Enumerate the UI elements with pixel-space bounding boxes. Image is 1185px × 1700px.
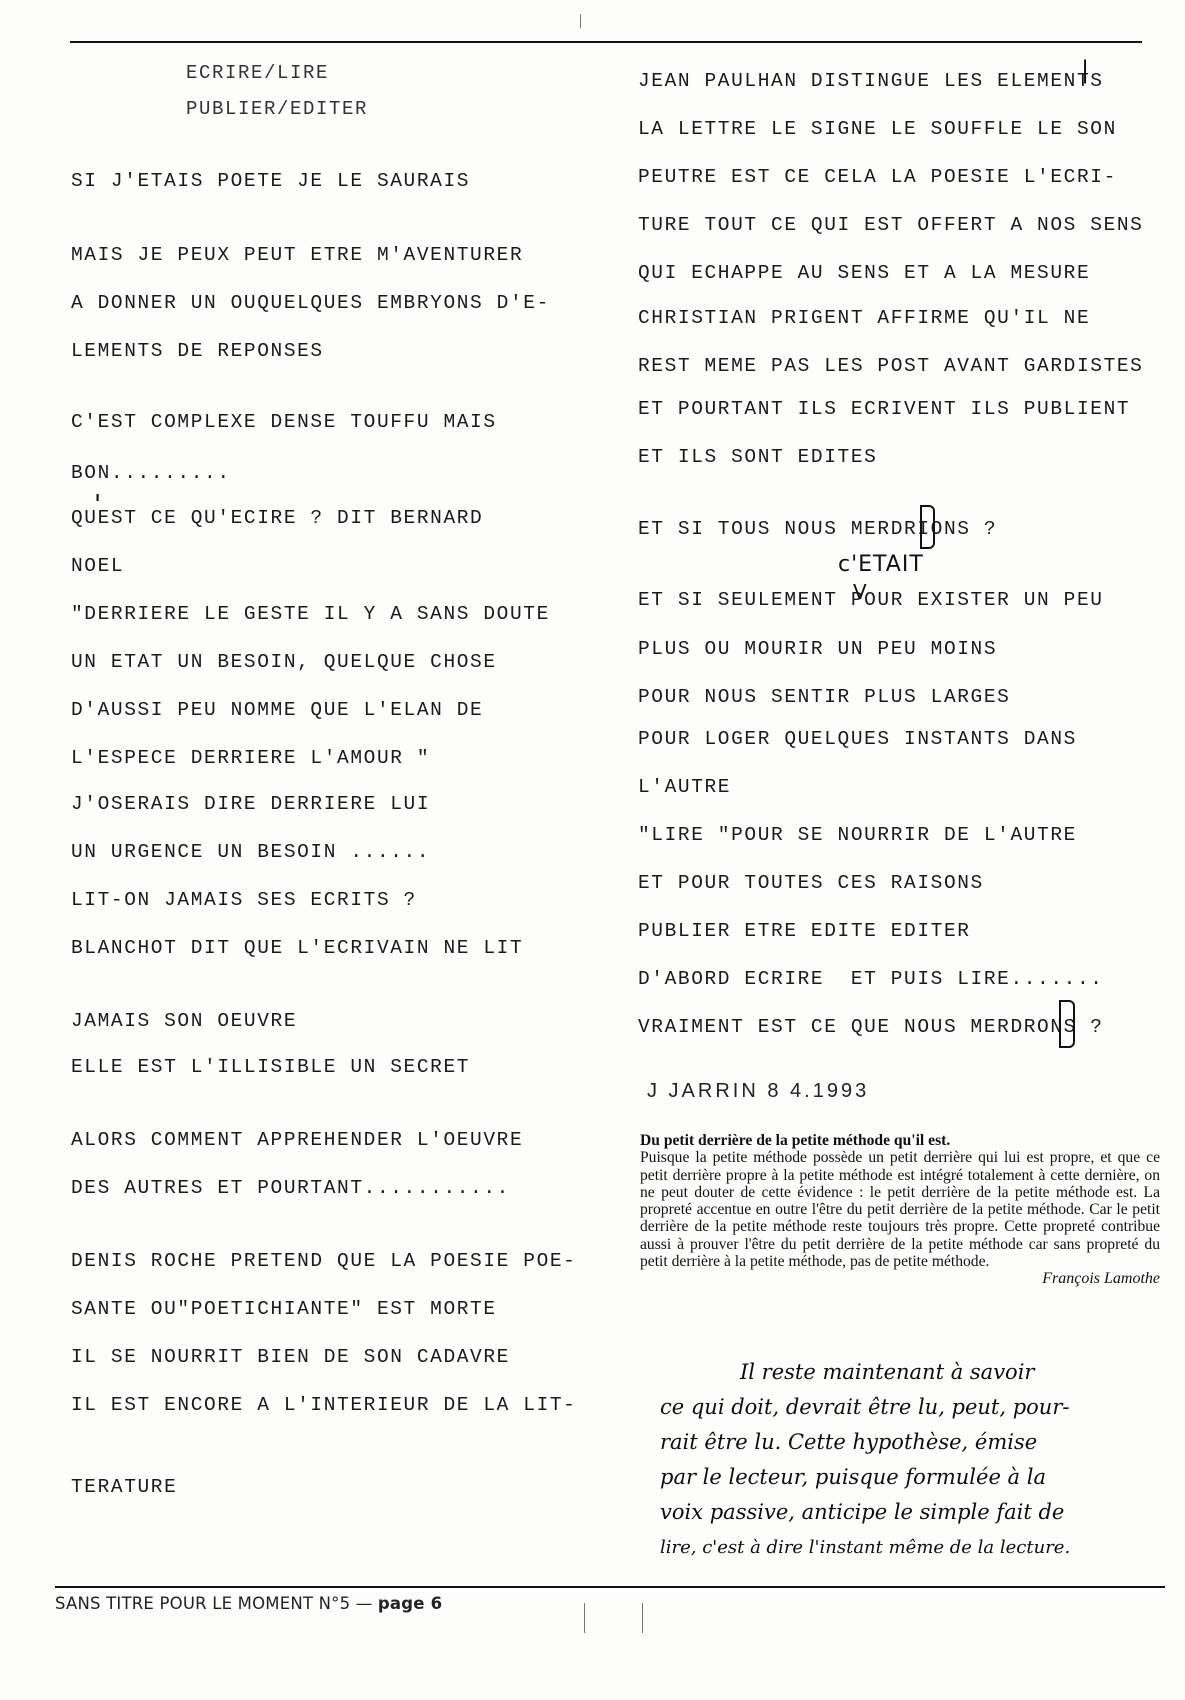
left-text-column: SI J'ETAIS POETE JE LE SAURAIS MAIS JE P… xyxy=(71,0,98,572)
text-line: JAMAIS SON OEUVRE xyxy=(71,1010,297,1032)
text-line: POUR LOGER QUELQUES INSTANTS DANS xyxy=(638,728,1077,750)
text-line: SI J'ETAIS POETE JE LE SAURAIS xyxy=(71,170,470,192)
text-line: "DERRIERE LE GESTE IL Y A SANS DOUTE xyxy=(71,603,550,625)
text-line: ET POUR TOUTES CES RAISONS xyxy=(638,872,984,894)
right-text-column: JEAN PAULHAN DISTINGUE LES ELEMENTS LA L… xyxy=(638,0,665,462)
text-line: D'AUSSI PEU NOMME QUE L'ELAN DE xyxy=(71,699,483,721)
text-line: QUI ECHAPPE AU SENS ET A LA MESURE xyxy=(638,262,1090,284)
bottom-rule xyxy=(55,1586,1165,1588)
text-line: JEAN PAULHAN DISTINGUE LES ELEMENTS xyxy=(638,70,1104,92)
text-line: D'ABORD ECRIRE ET PUIS LIRE....... xyxy=(638,968,1104,990)
text-line: TURE TOUT CE QUI EST OFFERT A NOS SENS xyxy=(638,214,1143,236)
text-line: PEUTRE EST CE CELA LA POESIE L'ECRI- xyxy=(638,166,1117,188)
text-line: A DONNER UN OUQUELQUES EMBRYONS D'E- xyxy=(71,292,550,314)
apostrophe-correction-mark: ' xyxy=(94,490,101,520)
text-line: POUR NOUS SENTIR PLUS LARGES xyxy=(638,686,1010,708)
text-line: L'ESPECE DERRIERE L'AMOUR " xyxy=(71,747,430,769)
inset-body: Puisque la petite méthode possède un pet… xyxy=(640,1149,1160,1270)
text-line: ELLE EST L'ILLISIBLE UN SECRET xyxy=(71,1056,470,1078)
text-line: LIT-ON JAMAIS SES ECRITS ? xyxy=(71,889,417,911)
text-line: SANTE OU"POETICHIANTE" EST MORTE xyxy=(71,1298,497,1320)
insertion-caret-mark: V xyxy=(853,580,867,604)
top-rule xyxy=(70,41,1142,43)
text-line: IL EST ENCORE A L'INTERIEUR DE LA LIT- xyxy=(71,1394,576,1416)
text-line: DENIS ROCHE PRETEND QUE LA POESIE POE- xyxy=(71,1250,576,1272)
crop-mark xyxy=(580,14,581,28)
handwritten-line: par le lecteur, puisque formulée à la xyxy=(660,1460,1140,1495)
text-line: PUBLIER ETRE EDITE EDITER xyxy=(638,920,971,942)
poem-title-line-2: PUBLIER/EDITER xyxy=(186,98,368,120)
handwritten-line: voix passive, anticipe le simple fait de xyxy=(660,1495,1140,1530)
text-line: TERATURE xyxy=(71,1476,177,1498)
author-signature-date: J JARRIN 8 4.1993 xyxy=(647,1080,869,1103)
handwritten-note: Il reste maintenant à savoir ce qui doit… xyxy=(660,1355,1140,1565)
text-line: PLUS OU MOURIR UN PEU MOINS xyxy=(638,638,997,660)
text-line: ET SI TOUS NOUS MERDRIONS ? xyxy=(638,518,997,540)
text-line: QUEST CE QU'ECIRE ? DIT BERNARD xyxy=(71,507,483,529)
page-footer: SANS TITRE POUR LE MOMENT N°5 — page 6 xyxy=(55,1594,442,1613)
handwritten-line: ce qui doit, devrait être lu, peut, pour… xyxy=(660,1390,1140,1425)
text-line: J'OSERAIS DIRE DERRIERE LUI xyxy=(71,793,430,815)
publication-name: SANS TITRE POUR LE MOMENT N°5 — xyxy=(55,1594,378,1613)
page-number: page 6 xyxy=(378,1594,442,1613)
poem-title-line-1: ECRIRE/LIRE xyxy=(186,62,329,84)
text-line: L'AUTRE xyxy=(638,776,731,798)
text-line: "LIRE "POUR SE NOURRIR DE L'AUTRE xyxy=(638,824,1077,846)
text-line: REST MEME PAS LES POST AVANT GARDISTES xyxy=(638,355,1143,377)
text-line: C'EST COMPLEXE DENSE TOUFFU MAIS xyxy=(71,411,497,433)
text-line: ET POURTANT ILS ECRIVENT ILS PUBLIENT xyxy=(638,398,1130,420)
text-line: ET SI SEULEMENT POUR EXISTER UN PEU xyxy=(638,589,1104,611)
crop-mark xyxy=(584,1603,585,1633)
text-line: IL SE NOURRIT BIEN DE SON CADAVRE xyxy=(71,1346,510,1368)
correction-bracket-mark xyxy=(920,505,935,549)
inset-title: Du petit derrière de la petite méthode q… xyxy=(640,1132,1160,1149)
crop-mark xyxy=(642,1603,643,1633)
text-line: BON......... xyxy=(71,462,231,484)
inset-text-box: Du petit derrière de la petite méthode q… xyxy=(640,1132,1160,1288)
text-line: ET ILS SONT EDITES xyxy=(638,446,877,468)
correction-bracket-mark xyxy=(1059,1000,1075,1048)
handwritten-line: lire, c'est à dire l'instant même de la … xyxy=(660,1530,1140,1565)
handwritten-line: rait être lu. Cette hypothèse, émise xyxy=(660,1425,1140,1460)
text-line: DES AUTRES ET POURTANT........... xyxy=(71,1177,510,1199)
inset-author: François Lamothe xyxy=(640,1270,1160,1287)
handwritten-insert-cetait: c'ETAIT xyxy=(838,552,924,577)
handwritten-line: Il reste maintenant à savoir xyxy=(660,1355,1140,1390)
text-line: ALORS COMMENT APPREHENDER L'OEUVRE xyxy=(71,1129,523,1151)
text-line: BLANCHOT DIT QUE L'ECRIVAIN NE LIT xyxy=(71,937,523,959)
text-line: VRAIMENT EST CE QUE NOUS MERDRONS ? xyxy=(638,1016,1104,1038)
text-line: NOEL xyxy=(71,555,124,577)
text-line: LA LETTRE LE SIGNE LE SOUFFLE LE SON xyxy=(638,118,1117,140)
text-line: MAIS JE PEUX PEUT ETRE M'AVENTURER xyxy=(71,244,523,266)
text-line: UN ETAT UN BESOIN, QUELQUE CHOSE xyxy=(71,651,497,673)
text-line: UN URGENCE UN BESOIN ...... xyxy=(71,841,430,863)
insertion-mark: | xyxy=(1081,56,1089,84)
text-line: CHRISTIAN PRIGENT AFFIRME QU'IL NE xyxy=(638,307,1090,329)
text-line: LEMENTS DE REPONSES xyxy=(71,340,324,362)
